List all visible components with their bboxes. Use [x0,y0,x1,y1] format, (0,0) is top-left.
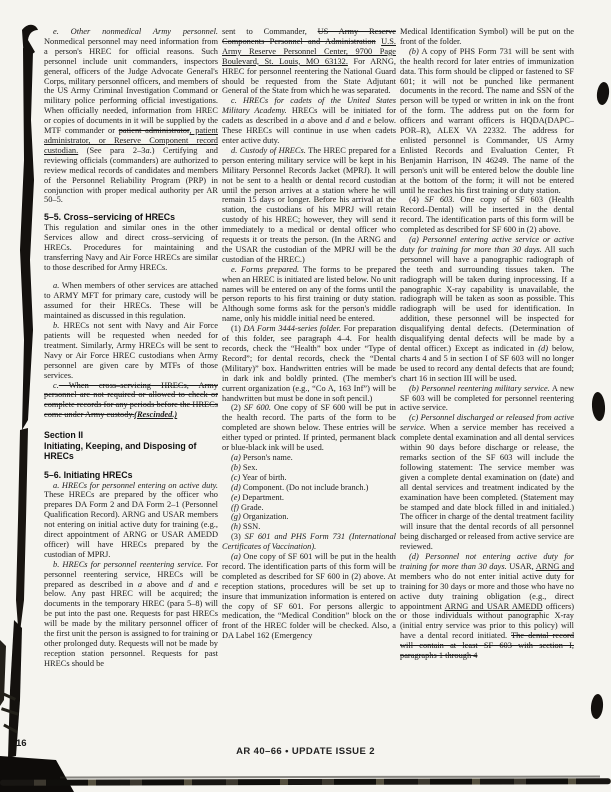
paragraph: b. HRECs for personnel reentering servic… [44,560,218,669]
scan-artifact-ink-blob-3 [590,694,604,720]
paragraph: (a) One copy of SF 601 will be put in th… [222,552,396,641]
document-page: e. Other nonmedical Army personnel. Nonm… [0,0,611,792]
paragraph: (b) Personnel reentering military servic… [400,384,574,414]
paragraph: d. Custody of HRECs. The HREC prepared f… [222,146,396,265]
scan-artifact-scratch-3 [3,724,18,734]
paragraph: (d) Component. (Do not include branch.) [222,483,396,493]
paragraph: (f) Grade. [222,503,396,513]
text-column-1: e. Other nonmedical Army personnel. Nonm… [44,27,218,669]
paragraph: (a) Personnel entering active service or… [400,235,574,384]
text-column-2: sent to Commander, US Army Reserve Compo… [222,27,396,669]
paragraph: (4) SF 603. One copy of SF 603 (Health R… [400,195,574,235]
paragraph: This regulation and similar ones in the … [44,223,218,273]
paragraph: a. HRECs for personnel entering on activ… [44,481,218,560]
scan-artifact-bottom-streak [0,778,611,786]
section-heading: Section IIInitiating, Keeping, and Dispo… [44,430,218,462]
paragraph: e. Forms prepared. The forms to be prepa… [222,265,396,324]
paragraph: (b) Sex. [222,463,396,473]
paragraph: c. HRECs for cadets of the United States… [222,96,396,146]
paragraph: (g) Organization. [222,512,396,522]
paragraph: (h) SSN. [222,522,396,532]
scan-artifact-shadow-line [60,776,600,779]
scan-artifact-scratch-1 [2,692,16,700]
paragraph: b. HRECs not sent with Navy and Air Forc… [44,321,218,380]
section-heading: 5–6. Initiating HRECs [44,470,218,481]
paragraph: e. Other nonmedical Army personnel. Nonm… [44,27,218,205]
text-column-3: Medical Identification Symbol) will be p… [400,27,574,669]
footer-text: AR 40–66 • UPDATE ISSUE 2 [0,746,611,757]
paragraph: Medical Identification Symbol) will be p… [400,27,574,47]
paragraph: (2) SF 600. One copy of SF 600 will be p… [222,403,396,453]
scan-artifact-ink-blob-2 [591,392,606,422]
paragraph: (1) DA Form 3444-series folder. For prep… [222,324,396,403]
paragraph: (c) Personnel discharged or released fro… [400,413,574,552]
paragraph: (e) Department. [222,493,396,503]
section-heading: 5–5. Cross–servicing of HRECs [44,212,218,223]
paragraph: a. When members of other services are at… [44,281,218,321]
scan-artifact-ink-blob-1 [596,81,611,105]
paragraph: (d) Personnel not entering active duty f… [400,552,574,661]
paragraph: (c) Year of birth. [222,473,396,483]
paragraph: (a) Person's name. [222,453,396,463]
paragraph: (3) SF 601 and PHS Form 731 (Internation… [222,532,396,552]
paragraph: sent to Commander, US Army Reserve Compo… [222,27,396,96]
paragraph: c. When cross–servicing HRECs, Army pers… [44,381,218,421]
scan-artifact-scratch-2 [1,707,19,715]
paragraph: (b) A copy of PHS Form 731 will be sent … [400,47,574,196]
text-columns: e. Other nonmedical Army personnel. Nonm… [44,27,574,669]
